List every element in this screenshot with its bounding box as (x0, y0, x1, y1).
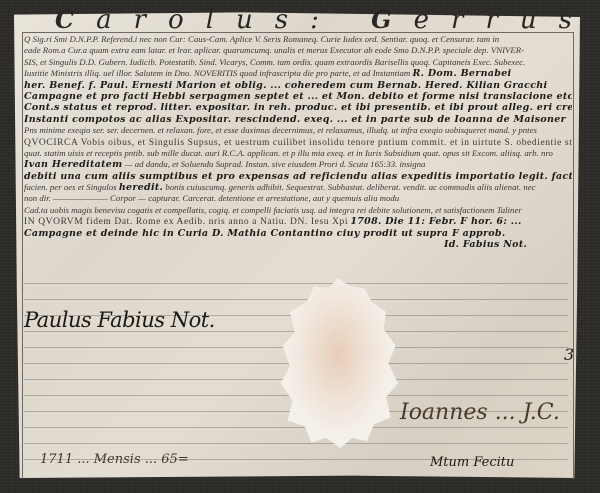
signature-bottom-right: Mtum Fecitu (430, 455, 514, 470)
document-body: Q Sig.ri Smi D.N.P.P. Referend.i nec non… (24, 34, 572, 250)
heading-separator: : (310, 5, 341, 35)
text-line: QVOCIRCA Vobis oibus, et Singulis Supsus… (24, 137, 572, 148)
text-line: quat. statim uisis et receptis pntib. su… (24, 148, 572, 159)
text-line: eade Rom.a Cur.a quam extra eam latar. e… (24, 45, 572, 56)
text-line: Pns minime exeqio ser. ser. decernen. et… (24, 125, 572, 136)
handwritten-line: Id. Fabius Not. (24, 239, 572, 250)
text-line: SIS, et Singulis D.D. Gubern. Iudicib. P… (24, 57, 572, 68)
document-heading: Carolus: Gerrus (55, 6, 575, 34)
text-line: Cad.ta uobis magis benevisu cogatis et c… (24, 205, 572, 216)
margin-mark: 3 (564, 345, 574, 364)
heading-first-word: arolus (96, 5, 310, 35)
handwritten-line: her. Benef. f. Paul. Ernesti Marion et o… (24, 80, 572, 91)
text-line: Ivan Hereditatem — ad dandu, et Soluendu… (24, 159, 572, 170)
heading-initial: C (55, 5, 96, 34)
handwritten-line: Instanti compotos ac alias Expositar. re… (24, 114, 572, 125)
signature-right: Ioannes ... J.C. (400, 400, 560, 425)
text-line: facien. per oes et Singulos heredit. bon… (24, 182, 572, 193)
handwritten-line: debiti una cum aliis sumptibus et pro ex… (24, 171, 572, 182)
bottom-left-note: 1711 ... Mensis ... 65= (40, 452, 189, 467)
handwritten-line: Campagne et pro facti Hebbi serpagmen se… (24, 91, 572, 102)
text-line: Q Sig.ri Smi D.N.P.P. Referend.i nec non… (24, 34, 572, 45)
signature-left: Paulus Fabius Not. (24, 308, 215, 332)
text-line: non dir. ——————— Corpor — capturar. Carc… (24, 193, 572, 204)
handwritten-insertion: R. Dom. Bernabei (412, 68, 511, 79)
handwritten-line: Cont.s status et reprod. litter. exposit… (24, 102, 572, 113)
heading-second-word: errus (414, 5, 594, 35)
text-line: Iustitie Ministris illiq. uel illor. Sal… (24, 68, 572, 79)
heading-second-initial: G (371, 5, 414, 34)
handwritten-line: Campagne et deinde hic in Curia D. Mathi… (24, 228, 572, 239)
text-line: IN QVORVM fidem Dat. Rome ex Aedib. nris… (24, 216, 572, 227)
